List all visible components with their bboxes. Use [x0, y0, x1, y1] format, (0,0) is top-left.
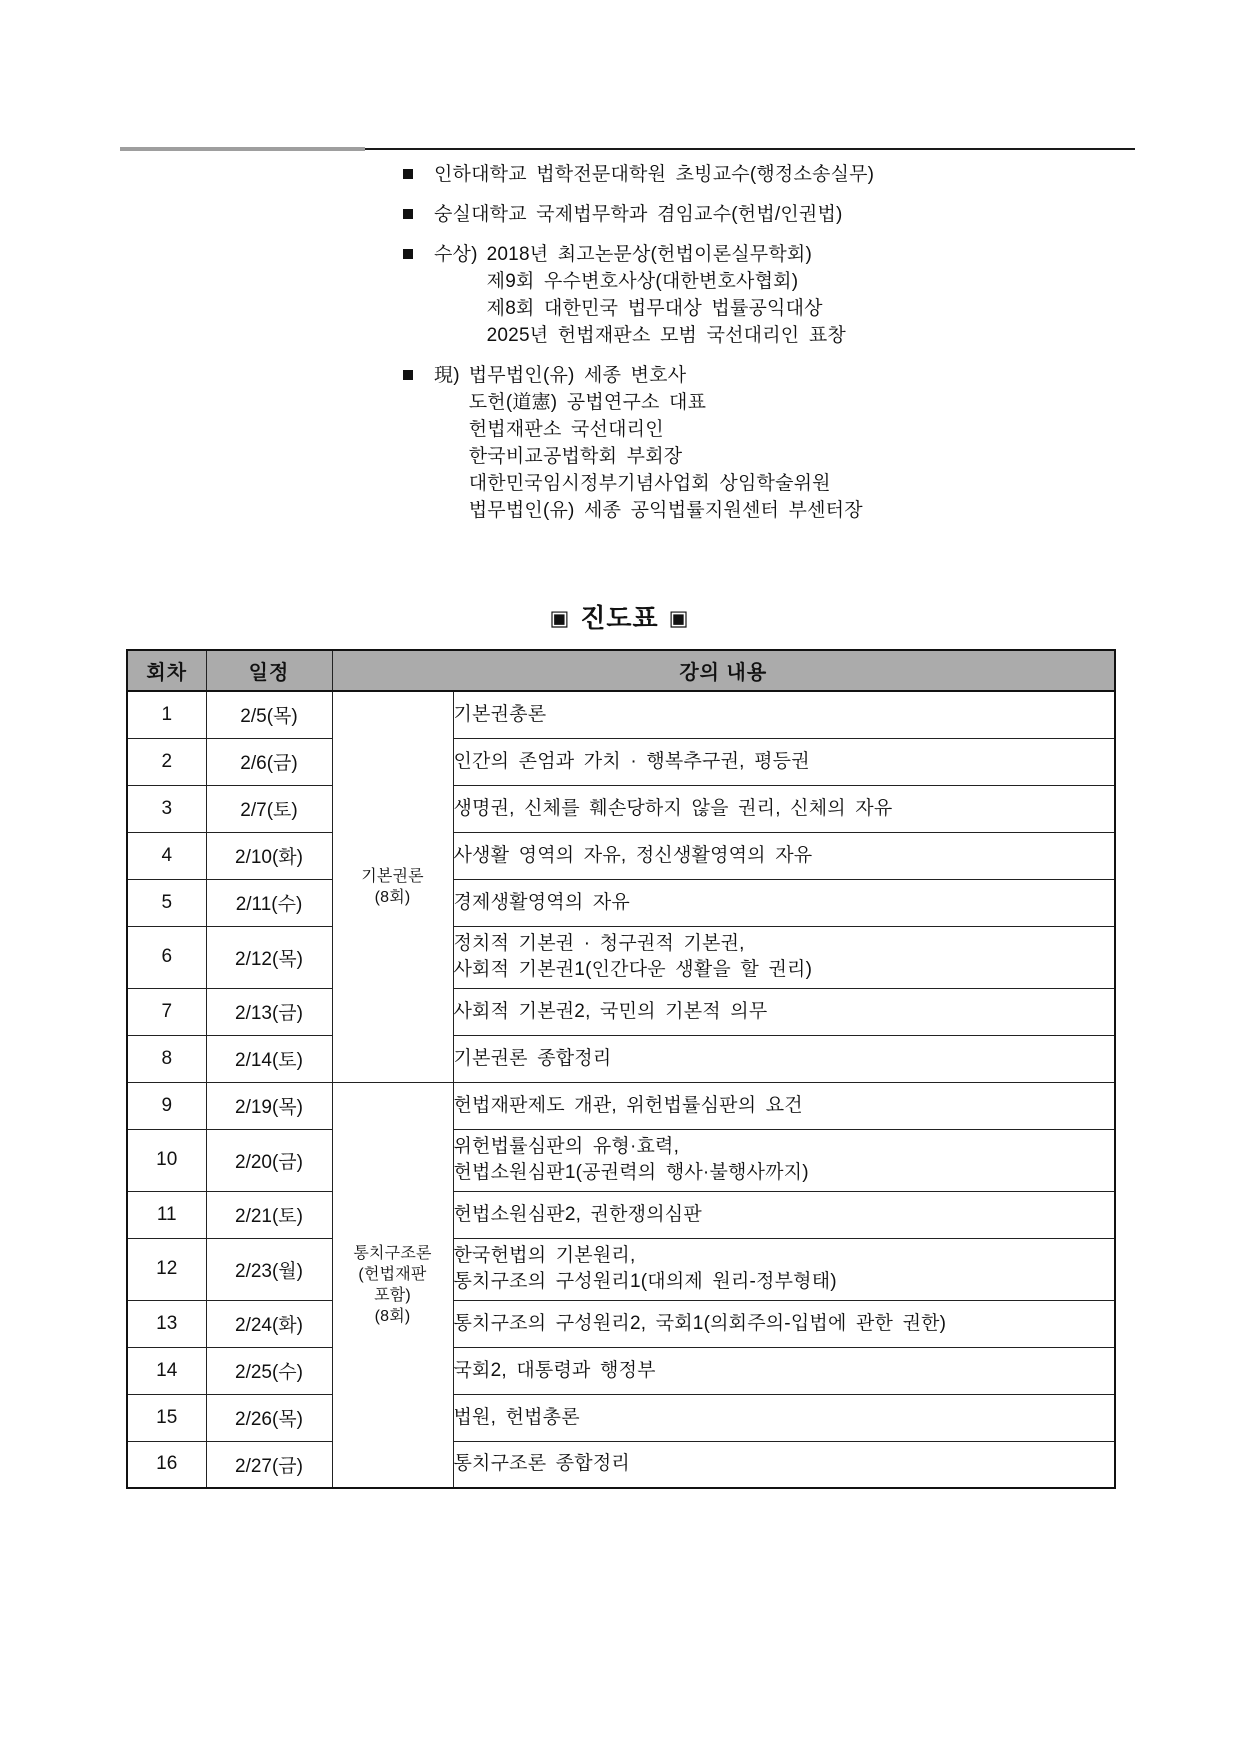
- session-number: 10: [127, 1129, 206, 1191]
- bio-item-awards: 수상) 2018년 최고논문상(헌법이론실무학회) 제9회 우수변호사상(대한변…: [403, 241, 874, 349]
- session-date: 2/21(토): [206, 1191, 332, 1238]
- session-date: 2/23(월): [206, 1238, 332, 1300]
- bio-position-line: 헌법재판소 국선대리인: [469, 416, 863, 443]
- content-line: 통치구조의 구성원리1(대의제 원리-정부형태): [454, 1269, 1115, 1295]
- header-content: 강의 내용: [332, 650, 1115, 691]
- lecture-content: 국회2, 대통령과 행정부: [453, 1347, 1115, 1394]
- session-number: 4: [127, 832, 206, 879]
- table-row: 14 2/25(수) 국회2, 대통령과 행정부: [127, 1347, 1115, 1394]
- category-line: 포함): [333, 1285, 453, 1306]
- session-number: 11: [127, 1191, 206, 1238]
- session-number: 16: [127, 1441, 206, 1488]
- content-line: 기본권론 종합정리: [454, 1046, 1115, 1072]
- session-number: 6: [127, 926, 206, 988]
- category-cell-governance: 통치구조론 (헌법재판 포함) (8회): [332, 1082, 453, 1488]
- bio-position-lines: 법무법인(유) 세종 변호사 도헌(道憲) 공법연구소 대표 헌법재판소 국선대…: [469, 362, 863, 524]
- table-row: 3 2/7(토) 생명권, 신체를 훼손당하지 않을 권리, 신체의 자유: [127, 785, 1115, 832]
- content-line: 국회2, 대통령과 행정부: [454, 1358, 1115, 1384]
- content-line: 인간의 존엄과 가치 · 행복추구권, 평등권: [454, 749, 1115, 775]
- table-row: 16 2/27(금) 통치구조론 종합정리: [127, 1441, 1115, 1488]
- content-line: 통치구조론 종합정리: [454, 1451, 1115, 1477]
- section-title-text: 진도표: [580, 603, 658, 633]
- lecture-content: 생명권, 신체를 훼손당하지 않을 권리, 신체의 자유: [453, 785, 1115, 832]
- bio-item-current-positions: 現) 법무법인(유) 세종 변호사 도헌(道憲) 공법연구소 대표 헌법재판소 …: [403, 362, 874, 524]
- table-row: 2 2/6(금) 인간의 존엄과 가치 · 행복추구권, 평등권: [127, 738, 1115, 785]
- bio-position-line: 법무법인(유) 세종 공익법률지원센터 부센터장: [469, 497, 863, 524]
- table-row: 5 2/11(수) 경제생활영역의 자유: [127, 879, 1115, 926]
- content-line: 위헌법률심판의 유형·효력,: [454, 1134, 1115, 1160]
- bio-item-prefix: 現): [434, 362, 460, 524]
- bio-award-line: 제9회 우수변호사상(대한변호사협회): [487, 268, 846, 295]
- table-row: 6 2/12(목) 정치적 기본권 · 청구권적 기본권, 사회적 기본권1(인…: [127, 926, 1115, 988]
- session-number: 5: [127, 879, 206, 926]
- content-line: 사생활 영역의 자유, 정신생활영역의 자유: [454, 843, 1115, 869]
- table-row: 9 2/19(목) 통치구조론 (헌법재판 포함) (8회) 헌법재판제도 개관…: [127, 1082, 1115, 1129]
- top-divider-gray-segment: [120, 147, 365, 151]
- content-line: 헌법재판제도 개관, 위헌법률심판의 요건: [454, 1093, 1115, 1119]
- content-line: 한국헌법의 기본원리,: [454, 1243, 1115, 1269]
- table-row: 10 2/20(금) 위헌법률심판의 유형·효력, 헌법소원심판1(공권력의 행…: [127, 1129, 1115, 1191]
- content-line: 법원, 헌법총론: [454, 1405, 1115, 1431]
- session-number: 15: [127, 1394, 206, 1441]
- session-number: 14: [127, 1347, 206, 1394]
- table-row: 4 2/10(화) 사생활 영역의 자유, 정신생활영역의 자유: [127, 832, 1115, 879]
- table-row: 7 2/13(금) 사회적 기본권2, 국민의 기본적 의무: [127, 988, 1115, 1035]
- bio-position-line: 대한민국임시정부기념사업회 상임학술위원: [469, 470, 863, 497]
- table-header-row: 회차 일정 강의 내용: [127, 650, 1115, 691]
- lecture-content: 사생활 영역의 자유, 정신생활영역의 자유: [453, 832, 1115, 879]
- category-line: (8회): [333, 887, 453, 908]
- bio-item-prefix: 수상): [434, 241, 478, 349]
- bio-item-text: 숭실대학교 국제법무학과 겸임교수(헌법/인권법): [434, 201, 843, 228]
- session-date: 2/27(금): [206, 1441, 332, 1488]
- content-line: 정치적 기본권 · 청구권적 기본권,: [454, 931, 1115, 957]
- session-date: 2/19(목): [206, 1082, 332, 1129]
- bio-item-inha: 인하대학교 법학전문대학원 초빙교수(행정소송실무): [403, 161, 874, 188]
- table-row: 11 2/21(토) 헌법소원심판2, 권한쟁의심판: [127, 1191, 1115, 1238]
- session-number: 9: [127, 1082, 206, 1129]
- session-date: 2/7(토): [206, 785, 332, 832]
- session-date: 2/14(토): [206, 1035, 332, 1082]
- instructor-bio-list: 인하대학교 법학전문대학원 초빙교수(행정소송실무) 숭실대학교 국제법무학과 …: [403, 161, 874, 537]
- bio-position-line: 한국비교공법학회 부회장: [469, 443, 863, 470]
- lecture-content: 인간의 존엄과 가치 · 행복추구권, 평등권: [453, 738, 1115, 785]
- lecture-content: 헌법소원심판2, 권한쟁의심판: [453, 1191, 1115, 1238]
- session-date: 2/6(금): [206, 738, 332, 785]
- content-line: 경제생활영역의 자유: [454, 890, 1115, 916]
- bio-award-line: 제8회 대한민국 법무대상 법률공익대상: [487, 295, 846, 322]
- bio-position-line: 법무법인(유) 세종 변호사: [469, 362, 863, 389]
- title-marker-icon: ▣: [539, 607, 580, 630]
- header-session: 회차: [127, 650, 206, 691]
- content-line: 사회적 기본권1(인간다운 생활을 할 권리): [454, 957, 1115, 983]
- content-line: 사회적 기본권2, 국민의 기본적 의무: [454, 999, 1115, 1025]
- lecture-content: 정치적 기본권 · 청구권적 기본권, 사회적 기본권1(인간다운 생활을 할 …: [453, 926, 1115, 988]
- bullet-square-icon: [403, 169, 413, 179]
- schedule-table: 회차 일정 강의 내용 1 2/5(목) 기본권론 (8회) 기본권총론 2 2…: [126, 649, 1116, 1489]
- table-row: 12 2/23(월) 한국헌법의 기본원리, 통치구조의 구성원리1(대의제 원…: [127, 1238, 1115, 1300]
- session-number: 2: [127, 738, 206, 785]
- bio-item-text: 인하대학교 법학전문대학원 초빙교수(행정소송실무): [434, 161, 874, 188]
- category-line: 통치구조론: [333, 1243, 453, 1264]
- session-number: 8: [127, 1035, 206, 1082]
- section-title: ▣진도표▣: [0, 600, 1239, 639]
- bio-item-soongsil: 숭실대학교 국제법무학과 겸임교수(헌법/인권법): [403, 201, 874, 228]
- content-line: 생명권, 신체를 훼손당하지 않을 권리, 신체의 자유: [454, 796, 1115, 822]
- lecture-content: 위헌법률심판의 유형·효력, 헌법소원심판1(공권력의 행사·불행사까지): [453, 1129, 1115, 1191]
- document-page: { "divider": {"left_color": "#9e9e9e", "…: [0, 0, 1239, 1752]
- session-date: 2/20(금): [206, 1129, 332, 1191]
- session-number: 1: [127, 691, 206, 738]
- lecture-content: 기본권론 종합정리: [453, 1035, 1115, 1082]
- bio-award-lines: 2018년 최고논문상(헌법이론실무학회) 제9회 우수변호사상(대한변호사협회…: [487, 241, 846, 349]
- header-date: 일정: [206, 650, 332, 691]
- session-number: 12: [127, 1238, 206, 1300]
- session-number: 7: [127, 988, 206, 1035]
- content-line: 기본권총론: [454, 702, 1115, 728]
- session-date: 2/25(수): [206, 1347, 332, 1394]
- top-divider-dark-segment: [365, 148, 1135, 150]
- lecture-content: 통치구조론 종합정리: [453, 1441, 1115, 1488]
- category-line: 기본권론: [333, 866, 453, 887]
- lecture-content: 한국헌법의 기본원리, 통치구조의 구성원리1(대의제 원리-정부형태): [453, 1238, 1115, 1300]
- session-date: 2/5(목): [206, 691, 332, 738]
- table-row: 13 2/24(화) 통치구조의 구성원리2, 국회1(의회주의-입법에 관한 …: [127, 1300, 1115, 1347]
- session-date: 2/13(금): [206, 988, 332, 1035]
- table-row: 1 2/5(목) 기본권론 (8회) 기본권총론: [127, 691, 1115, 738]
- lecture-content: 법원, 헌법총론: [453, 1394, 1115, 1441]
- content-line: 헌법소원심판1(공권력의 행사·불행사까지): [454, 1160, 1115, 1186]
- content-line: 통치구조의 구성원리2, 국회1(의회주의-입법에 관한 권한): [454, 1311, 1115, 1337]
- bullet-square-icon: [403, 249, 413, 259]
- bio-position-line: 도헌(道憲) 공법연구소 대표: [469, 389, 863, 416]
- lecture-content: 경제생활영역의 자유: [453, 879, 1115, 926]
- lecture-content: 기본권총론: [453, 691, 1115, 738]
- category-line: (헌법재판: [333, 1264, 453, 1285]
- bio-award-line: 2018년 최고논문상(헌법이론실무학회): [487, 241, 846, 268]
- session-date: 2/24(화): [206, 1300, 332, 1347]
- session-number: 13: [127, 1300, 206, 1347]
- title-marker-icon: ▣: [659, 607, 700, 630]
- category-cell-basic-rights: 기본권론 (8회): [332, 691, 453, 1082]
- bullet-square-icon: [403, 370, 413, 380]
- table-row: 8 2/14(토) 기본권론 종합정리: [127, 1035, 1115, 1082]
- session-date: 2/10(화): [206, 832, 332, 879]
- lecture-content: 사회적 기본권2, 국민의 기본적 의무: [453, 988, 1115, 1035]
- session-date: 2/26(목): [206, 1394, 332, 1441]
- lecture-content: 헌법재판제도 개관, 위헌법률심판의 요건: [453, 1082, 1115, 1129]
- lecture-content: 통치구조의 구성원리2, 국회1(의회주의-입법에 관한 권한): [453, 1300, 1115, 1347]
- content-line: 헌법소원심판2, 권한쟁의심판: [454, 1202, 1115, 1228]
- bio-award-line: 2025년 헌법재판소 모범 국선대리인 표창: [487, 322, 846, 349]
- session-number: 3: [127, 785, 206, 832]
- session-date: 2/11(수): [206, 879, 332, 926]
- session-date: 2/12(목): [206, 926, 332, 988]
- table-row: 15 2/26(목) 법원, 헌법총론: [127, 1394, 1115, 1441]
- bullet-square-icon: [403, 209, 413, 219]
- category-line: (8회): [333, 1306, 453, 1327]
